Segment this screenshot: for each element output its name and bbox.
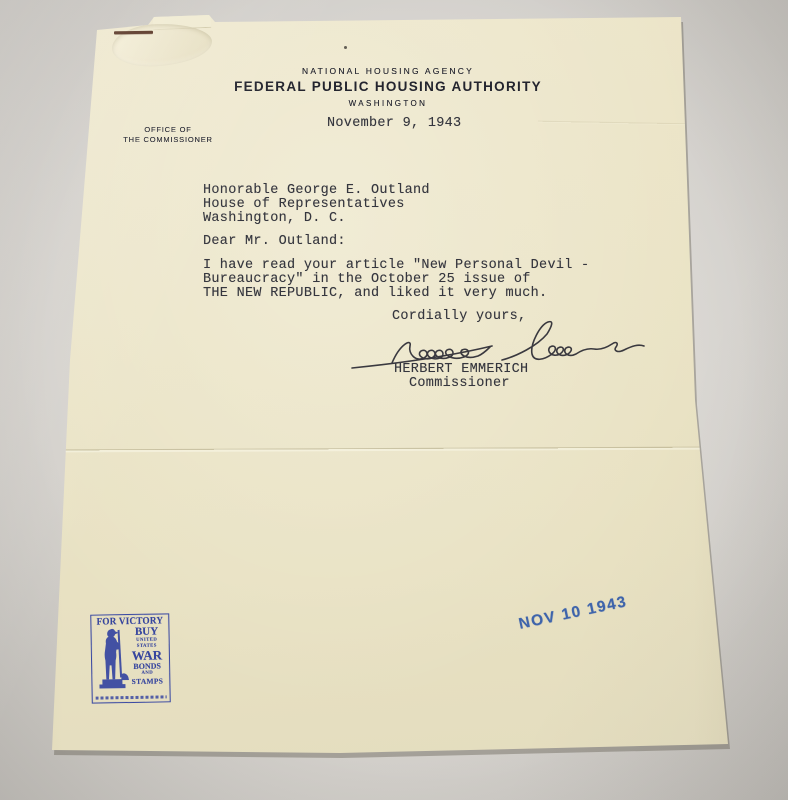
fold-crease xyxy=(55,447,717,453)
recipient-name: Honorable George E. Outland xyxy=(203,183,430,198)
salutation: Dear Mr. Outland: xyxy=(203,234,346,249)
letterhead-authority: FEDERAL PUBLIC HOUSING AUTHORITY xyxy=(148,79,628,94)
signature-title: Commissioner xyxy=(409,376,510,391)
letterhead-agency: NATIONAL HOUSING AGENCY xyxy=(148,66,628,76)
faint-crease xyxy=(538,121,690,126)
minuteman-statue-icon xyxy=(94,627,129,694)
body-line-3: THE NEW REPUBLIC, and liked it very much… xyxy=(203,286,547,301)
received-date-stamp: NOV 10 1943 xyxy=(517,593,629,634)
letterhead-city: WASHINGTON xyxy=(148,99,628,108)
tape-residue xyxy=(111,22,212,67)
stamp-ground-hatching xyxy=(96,695,167,699)
bond-line-stamps: STAMPS xyxy=(126,676,168,686)
bond-line-war: WAR xyxy=(126,649,168,663)
ink-speck xyxy=(344,46,347,49)
letter-paper: NATIONAL HOUSING AGENCY FEDERAL PUBLIC H… xyxy=(0,0,788,800)
war-bonds-text-column: BUY UNITED STATES WAR BONDS AND STAMPS xyxy=(125,625,168,686)
photo-of-letter: { "letter": { "agency": "NATIONAL HOUSIN… xyxy=(0,0,788,800)
signature-name: HERBERT EMMERICH xyxy=(394,362,528,377)
office-line-2: THE COMMISSIONER xyxy=(118,135,218,145)
office-line-1: OFFICE OF xyxy=(118,125,218,135)
bond-line-buy: BUY xyxy=(125,625,167,638)
war-bonds-stamp: FOR VICTORY BUY UNITED STATES WAR BONDS … xyxy=(90,613,171,703)
body-line-2: Bureaucracy" in the October 25 issue of xyxy=(203,272,531,287)
letter-date: November 9, 1943 xyxy=(327,116,461,131)
body-line-1: I have read your article "New Personal D… xyxy=(203,258,589,273)
recipient-city: Washington, D. C. xyxy=(203,211,346,226)
recipient-org: House of Representatives xyxy=(203,197,405,212)
letterhead-office-block: OFFICE OF THE COMMISSIONER xyxy=(118,125,218,144)
